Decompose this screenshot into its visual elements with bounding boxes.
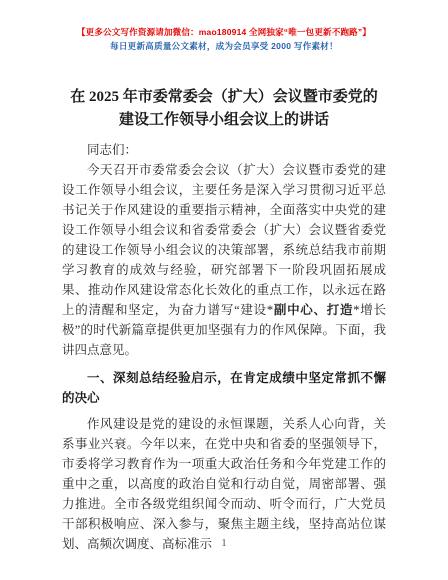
promo-line-2: 每日更新高质量公文素材，成为会员享受 2000 写作素材！ bbox=[32, 39, 416, 53]
paragraph-1-bold-text: 副中心、打造 bbox=[273, 303, 353, 317]
promo-line-1: 【更多公文写作资源请加微信：mao180914 全网独家“唯一包更新不跑路”】 bbox=[32, 25, 416, 39]
promo-header: 【更多公文写作资源请加微信：mao180914 全网独家“唯一包更新不跑路”】 … bbox=[32, 25, 416, 53]
document-body: 同志们： 今天召开市委常委会会议（扩大）会议暨市委党的建设工作领导小组会议，主要… bbox=[62, 140, 386, 554]
section-heading-1: 一、深刻总结经验启示，在肯定成绩中坚定常抓不懈的决心 bbox=[62, 368, 386, 408]
document-title-line-2: 建设工作领导小组会议上的讲话 bbox=[62, 109, 386, 132]
page-number: 1 bbox=[0, 538, 448, 549]
document-title: 在 2025 年市委常委会（扩大）会议暨市委党的 建设工作领导小组会议上的讲话 bbox=[62, 86, 386, 132]
paragraph-1-text: 今天召开市委常委会会议（扩大）会议暨市委党的建设工作领导小组会议，主要任务是深入… bbox=[62, 163, 386, 317]
paragraph-1: 今天召开市委常委会会议（扩大）会议暨市委党的建设工作领导小组会议，主要任务是深入… bbox=[62, 160, 386, 360]
document-page: 【更多公文写作资源请加微信：mao180914 全网独家“唯一包更新不跑路”】 … bbox=[0, 0, 448, 580]
document-title-line-1: 在 2025 年市委常委会（扩大）会议暨市委党的 bbox=[62, 86, 386, 109]
salutation: 同志们： bbox=[62, 140, 386, 160]
paragraph-2: 作风建设是党的建设的永恒课题，关系人心向背，关系事业兴衰。今年以来，在党中央和省… bbox=[62, 414, 386, 554]
